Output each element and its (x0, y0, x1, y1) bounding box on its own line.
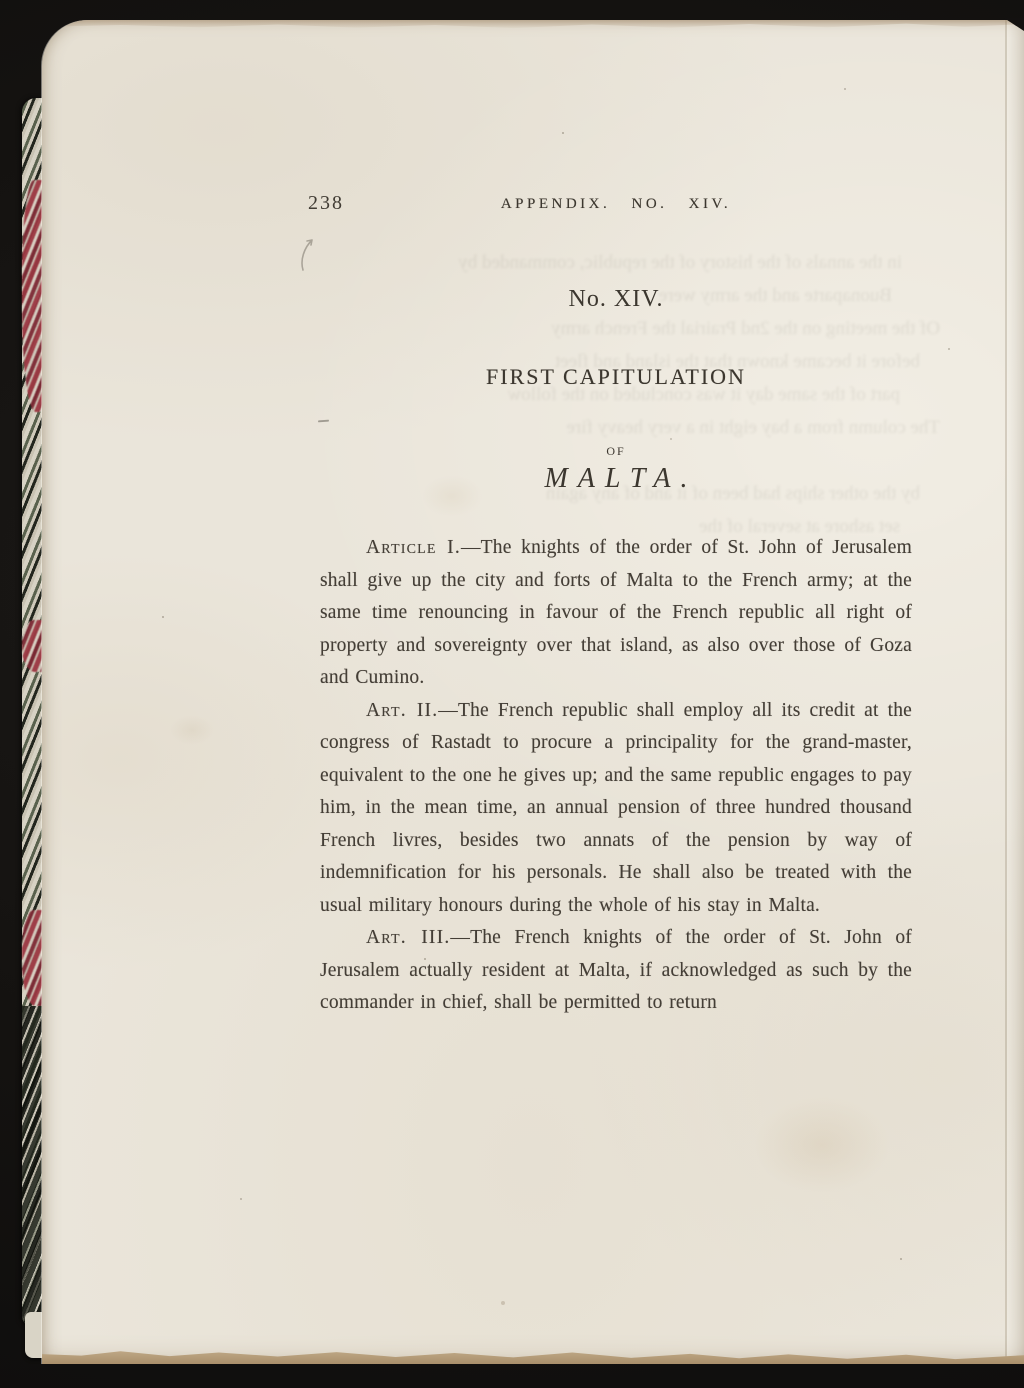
article-text: —The knights of the order of St. John of… (320, 537, 912, 688)
scanned-book-photo: in the annals of the history of the repu… (0, 0, 1024, 1388)
ghost-line: The column from a bay eight in a very he… (324, 417, 940, 439)
article-lead: Art. II. (366, 700, 438, 721)
corner-notch (1004, 18, 1024, 31)
section-number: No. XIV. (320, 286, 912, 313)
pencil-mark (296, 234, 322, 274)
article-text-block: Article I.—The knights of the order of S… (320, 532, 912, 1020)
stain (412, 468, 492, 524)
ghost-line: in the annals of the history of the repu… (342, 252, 902, 274)
title-connector: OF (320, 444, 912, 459)
article-paragraph: Article I.—The knights of the order of S… (320, 532, 912, 695)
running-head: APPENDIX. NO. XIV. (501, 196, 731, 213)
stray-ink-dash (318, 420, 329, 423)
gutter-shade (1007, 20, 1024, 1364)
stain (732, 1080, 912, 1210)
deckle-edge-top (42, 20, 1024, 29)
document-title: FIRST CAPITULATION (320, 364, 912, 390)
article-text: —The French republic shall employ all it… (320, 700, 912, 916)
article-paragraph: Art. II.—The French republic shall emplo… (320, 695, 912, 923)
ghost-line: Of the meeting on the 2nd Prairial the F… (324, 318, 940, 340)
book-page: in the annals of the history of the repu… (42, 20, 1024, 1364)
stain (162, 710, 222, 750)
article-lead: Art. III. (366, 927, 450, 948)
page-header: 238 APPENDIX. NO. XIV. (320, 192, 912, 218)
page-number: 238 (308, 192, 344, 215)
title-subject: MALTA. (320, 463, 912, 495)
article-lead: Article I. (366, 537, 461, 558)
article-paragraph: Art. III.—The French knights of the orde… (320, 922, 912, 1020)
deckle-edge-bottom (42, 1342, 1024, 1364)
